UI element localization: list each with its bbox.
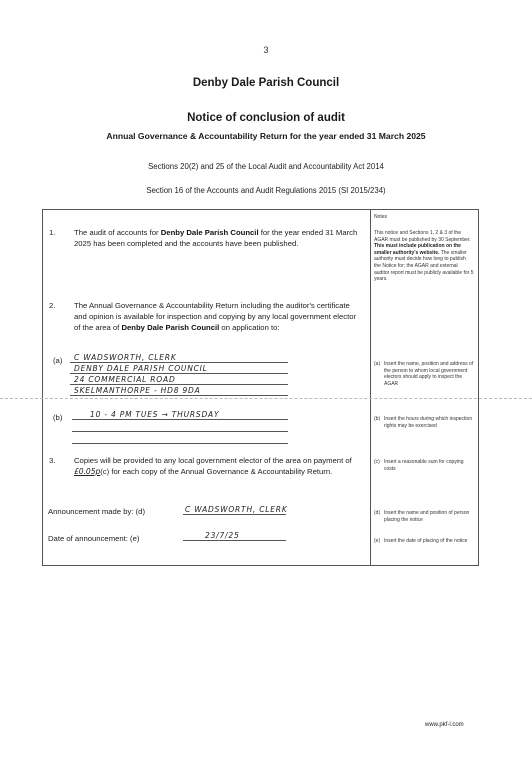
item-text: Copies will be provided to any local gov… bbox=[74, 455, 364, 477]
note-e-text: Insert the date of placing of the notice bbox=[384, 538, 476, 545]
notes-heading: Notes bbox=[374, 214, 387, 221]
note-e-key: (e) bbox=[374, 538, 380, 545]
date-of-announcement-value[interactable]: 23/7/25 bbox=[183, 531, 286, 541]
notes-intro-pre: This notice and Sections 1, 2 & 3 of the… bbox=[374, 230, 471, 243]
council-name-bold: Denby Dale Parish Council bbox=[161, 228, 259, 237]
council-title: Denby Dale Parish Council bbox=[0, 77, 532, 89]
item-text-pre: Copies will be provided to any local gov… bbox=[74, 456, 352, 465]
item-number: 1. bbox=[49, 227, 55, 238]
notice-title: Notice of conclusion of audit bbox=[0, 112, 532, 124]
return-subtitle: Annual Governance & Accountability Retur… bbox=[0, 131, 532, 141]
item-number: 2. bbox=[49, 300, 55, 311]
scan-artifact-line bbox=[0, 398, 532, 399]
note-a: (a) Insert the name, position and addres… bbox=[374, 361, 478, 391]
notes-column-divider bbox=[370, 210, 371, 565]
item-text-pre: The audit of accounts for bbox=[74, 228, 161, 237]
field-a-line-1[interactable]: C Wadsworth, Clerk bbox=[70, 353, 288, 363]
copy-cost-value[interactable]: £0.05p bbox=[74, 467, 100, 476]
notes-intro: This notice and Sections 1, 2 & 3 of the… bbox=[374, 230, 474, 283]
note-a-key: (a) bbox=[374, 361, 380, 368]
note-a-text: Insert the name, position and address of… bbox=[384, 361, 476, 387]
field-a-line-4[interactable]: Skelmanthorpe - HD8 9DA bbox=[70, 386, 288, 396]
item-text-post: (c) for each copy of the Annual Governan… bbox=[100, 467, 332, 476]
field-a-line-2[interactable]: Denby Dale Parish Council bbox=[70, 364, 288, 374]
field-a-label: (a) bbox=[53, 356, 62, 365]
item-text-post: on application to: bbox=[219, 323, 279, 332]
announcement-made-by-value[interactable]: C Wadsworth, Clerk bbox=[183, 505, 286, 515]
note-c: (c) Insert a reasonable sum for copying … bbox=[374, 459, 478, 475]
field-b-line-3[interactable] bbox=[72, 434, 288, 444]
note-d-key: (d) bbox=[374, 510, 380, 517]
field-b-line-1[interactable]: 10 - 4 pm Tues → Thursday bbox=[72, 410, 288, 420]
item-3: 3. Copies will be provided to any local … bbox=[49, 455, 369, 491]
item-number: 3. bbox=[49, 455, 55, 466]
item-text: The audit of accounts for Denby Dale Par… bbox=[74, 227, 364, 249]
date-of-announcement-label: Date of announcement: (e) bbox=[48, 534, 139, 543]
item-1: 1. The audit of accounts for Denby Dale … bbox=[49, 227, 369, 257]
note-b-key: (b) bbox=[374, 416, 380, 423]
field-b-line-2[interactable] bbox=[72, 422, 288, 432]
item-text: The Annual Governance & Accountability R… bbox=[74, 300, 364, 333]
legal-reference-act: Sections 20(2) and 25 of the Local Audit… bbox=[0, 162, 532, 171]
field-a-line-3[interactable]: 24 Commercial Road bbox=[70, 375, 288, 385]
note-c-key: (c) bbox=[374, 459, 380, 466]
field-b-label: (b) bbox=[53, 413, 62, 422]
note-b-text: Insert the hours during which inspection… bbox=[384, 416, 476, 429]
legal-reference-regulations: Section 16 of the Accounts and Audit Reg… bbox=[0, 186, 532, 195]
note-d-text: Insert the name and position of person p… bbox=[384, 510, 476, 523]
note-d: (d) Insert the name and position of pers… bbox=[374, 510, 478, 526]
announcement-made-by-label: Announcement made by: (d) bbox=[48, 507, 145, 516]
council-name-bold: Denby Dale Parish Council bbox=[121, 323, 219, 332]
page-number: 3 bbox=[0, 45, 532, 55]
note-b: (b) Insert the hours during which inspec… bbox=[374, 416, 478, 438]
note-c-text: Insert a reasonable sum for copying cost… bbox=[384, 459, 476, 472]
note-e: (e) Insert the date of placing of the no… bbox=[374, 538, 478, 554]
footer-url: www.pkf-l.com bbox=[425, 722, 464, 728]
item-2: 2. The Annual Governance & Accountabilit… bbox=[49, 300, 369, 350]
